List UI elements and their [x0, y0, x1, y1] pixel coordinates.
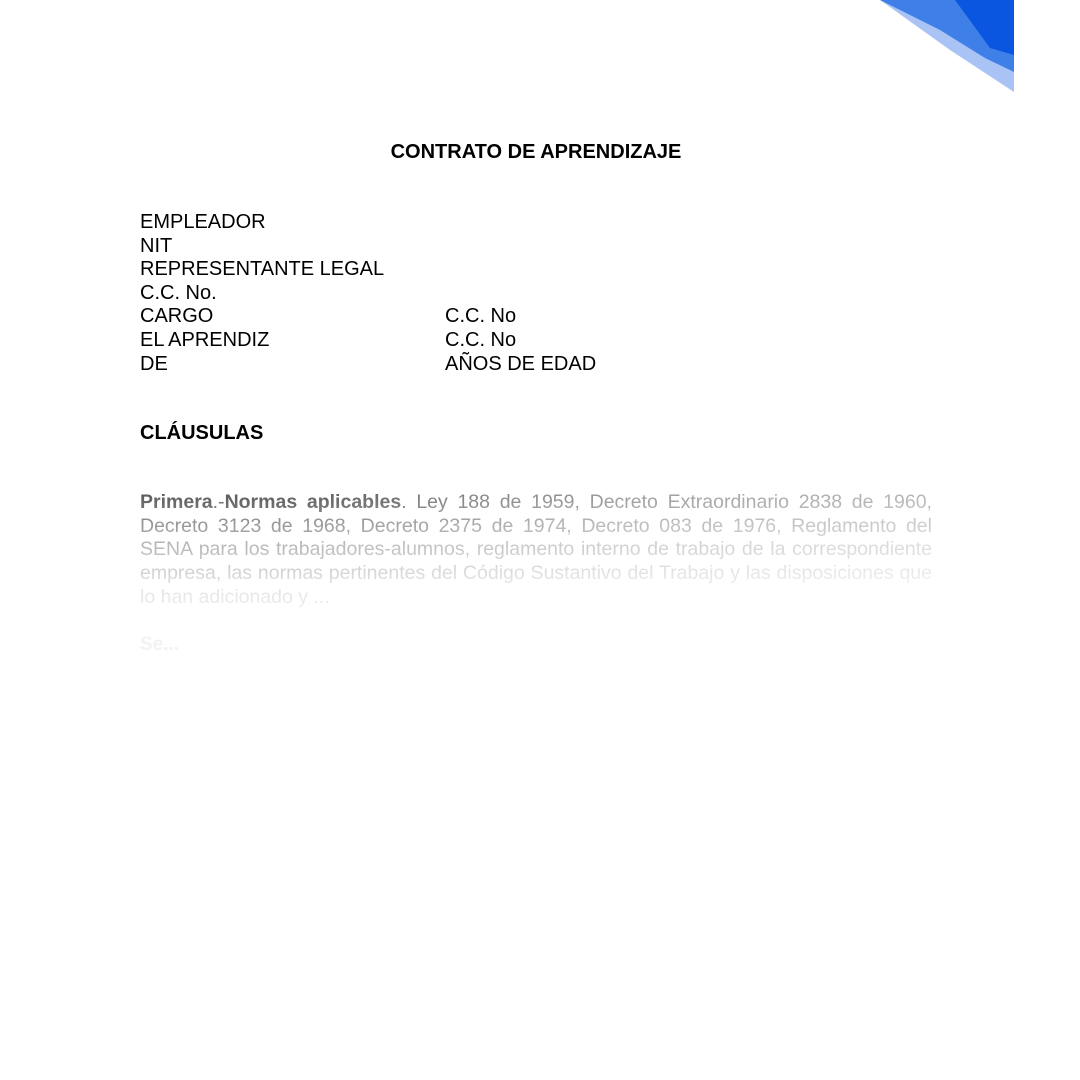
field-label-secondary: C.C. No	[445, 305, 516, 329]
field-label: DE	[140, 353, 445, 377]
clause-paragraph: Primera.-Normas aplicables. Ley 188 de 1…	[140, 491, 932, 610]
field-row: C.C. No.	[140, 282, 596, 306]
field-row: EL APRENDIZC.C. No	[140, 329, 596, 353]
contract-fields: EMPLEADORNITREPRESENTANTE LEGALC.C. No.C…	[140, 211, 596, 376]
field-label-secondary: C.C. No	[445, 329, 516, 353]
field-label: EMPLEADOR	[140, 211, 445, 235]
field-row: NIT	[140, 235, 596, 259]
field-label: CARGO	[140, 305, 445, 329]
corner-decoration-icon	[0, 0, 1080, 120]
clause-label: Primera	[140, 491, 213, 513]
clause-heading: Normas aplicables	[225, 491, 402, 513]
field-label: NIT	[140, 235, 445, 259]
field-label: C.C. No.	[140, 282, 445, 306]
field-label: REPRESENTANTE LEGAL	[140, 258, 445, 282]
document-title: CONTRATO DE APRENDIZAJE	[0, 141, 1072, 164]
field-label-secondary: AÑOS DE EDAD	[445, 353, 596, 377]
section-heading: CLÁUSULAS	[140, 422, 263, 445]
field-row: EMPLEADOR	[140, 211, 596, 235]
field-row: REPRESENTANTE LEGAL	[140, 258, 596, 282]
field-row: DEAÑOS DE EDAD	[140, 353, 596, 377]
field-row: CARGOC.C. No	[140, 305, 596, 329]
field-label: EL APRENDIZ	[140, 329, 445, 353]
clause-separator: .-	[213, 491, 225, 513]
next-clause-fragment: Se...	[140, 634, 179, 656]
